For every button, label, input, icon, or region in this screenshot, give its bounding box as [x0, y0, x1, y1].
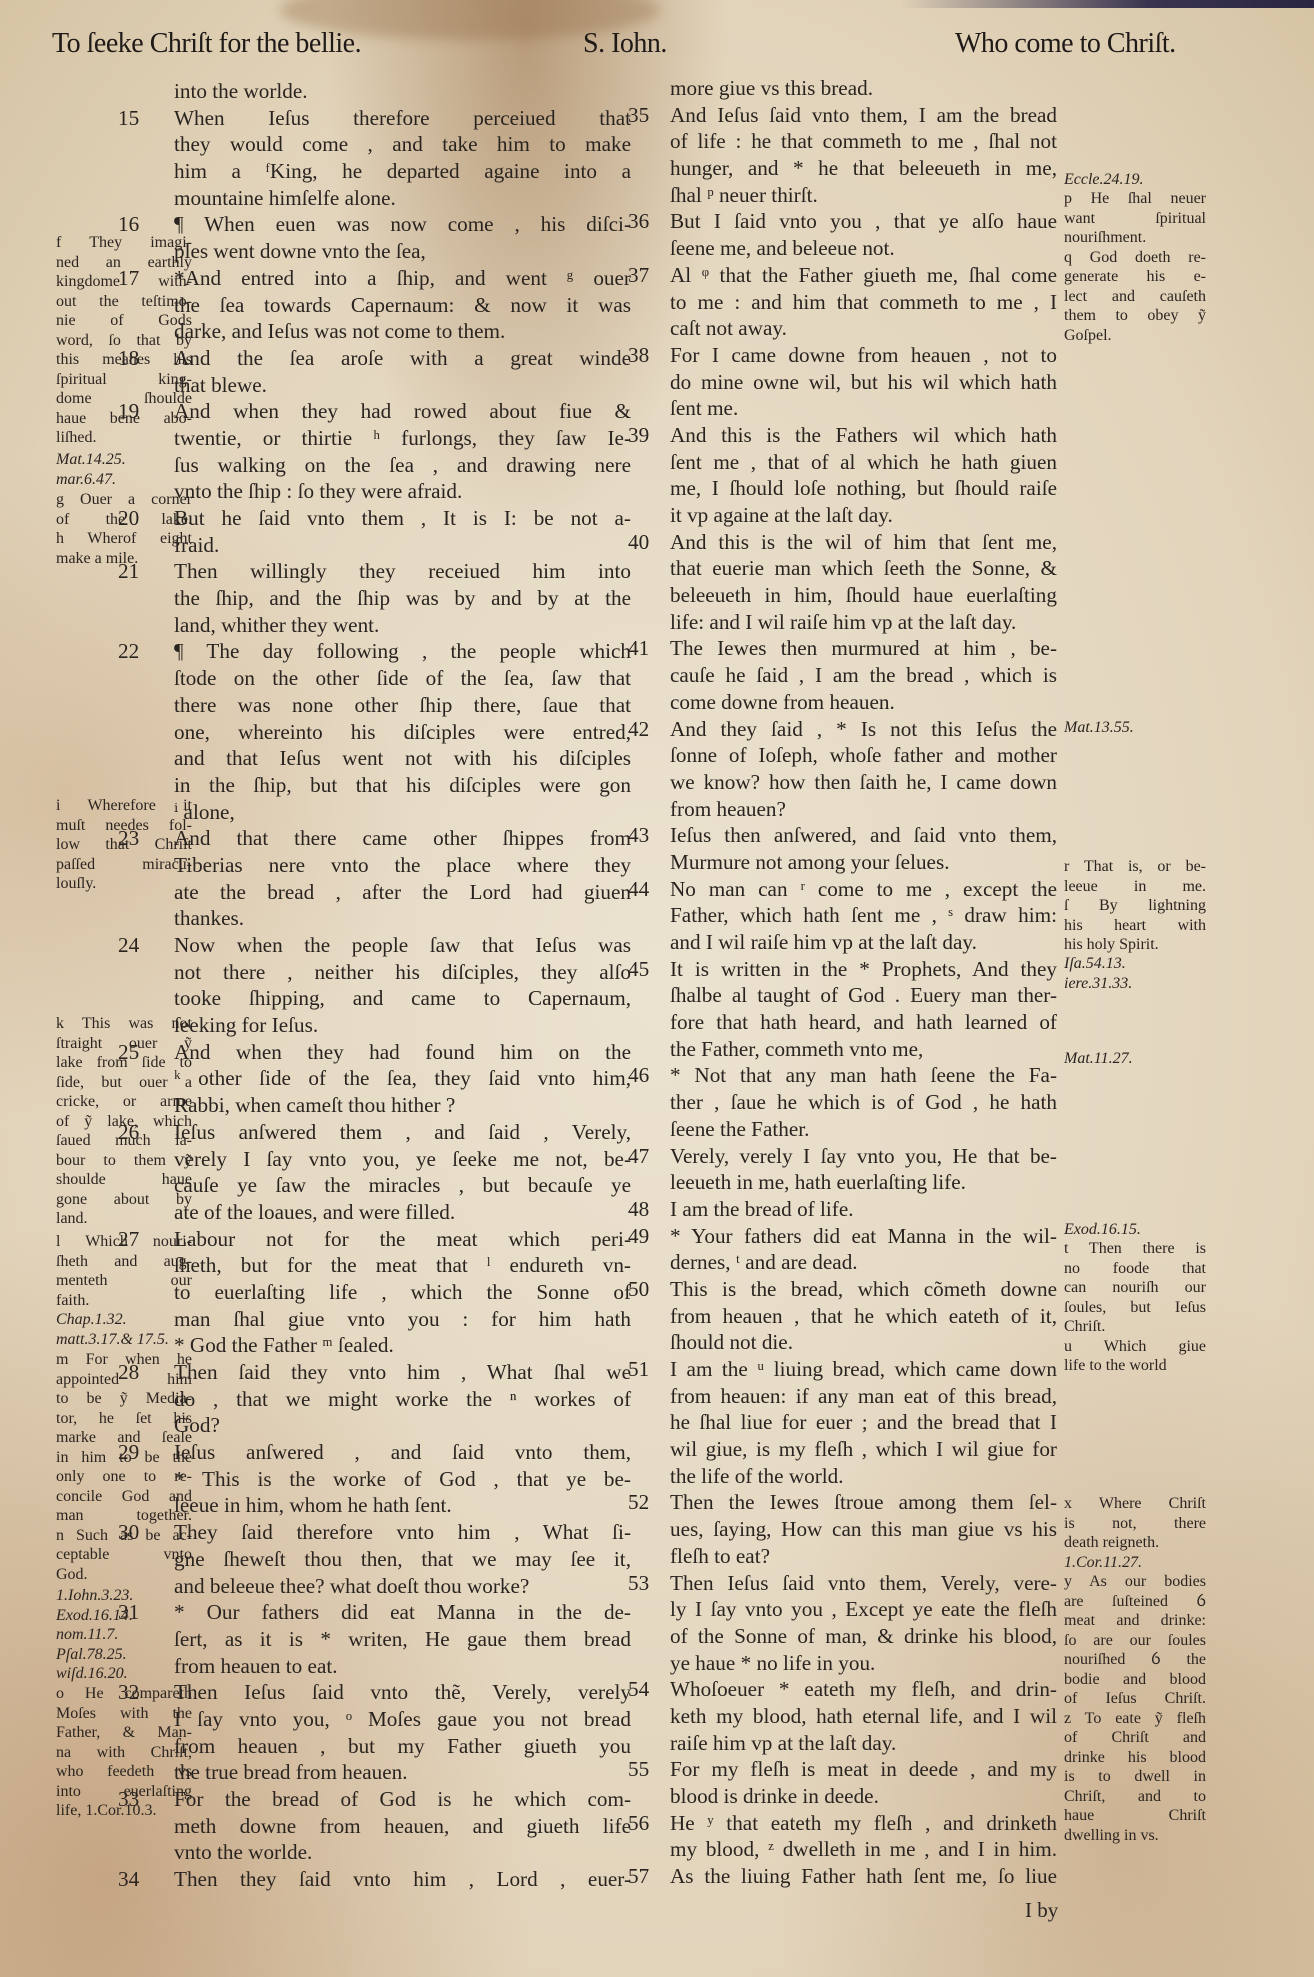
- margin-note-line: to be ỹ Media-: [56, 1389, 192, 1409]
- margin-note-line: cricke, or arme: [56, 1092, 192, 1112]
- verse-text: I am the ᵘ liuing bread, which came down: [652, 1356, 1057, 1383]
- verse-number: 53: [628, 1570, 658, 1597]
- verse-text: *And entred into a ſhip, and went ᵍ ouer: [156, 265, 631, 292]
- margin-note-line: dome ſhoulde: [56, 389, 192, 409]
- margin-note-line: ſo are our ſoules: [1064, 1631, 1206, 1651]
- verse-text: ſeene me, and beleeue not.: [652, 235, 1057, 262]
- verse-number: 41: [628, 635, 658, 662]
- verse-text: the life of the world.: [652, 1463, 1057, 1490]
- verse-text: ther , ſaue he which is of God , he hath: [652, 1089, 1057, 1116]
- verse-text: * This is the worke of God , that ye be-: [156, 1466, 631, 1493]
- text-line: blood is drinke in deede.: [652, 1783, 1057, 1810]
- text-line: ate the bread , after the Lord had giuen: [156, 879, 631, 906]
- verse-number: 45: [628, 956, 658, 983]
- verse-start-line: 37Al ᵠ that the Father giueth me, ſhal c…: [652, 262, 1057, 289]
- header-left-title: To ſeeke Chriſt for the bellie.: [52, 28, 361, 60]
- margin-note-line: ſ By lightning: [1064, 896, 1206, 916]
- verse-text: from heauen , but my Father giueth you: [156, 1733, 631, 1760]
- text-line: ther , ſaue he which is of God , he hath: [652, 1089, 1057, 1116]
- margin-note-line: Father, & Man-: [56, 1723, 192, 1743]
- verse-text: we know? how then ſaith he, I came down: [652, 769, 1057, 796]
- verse-start-line: 27Labour not for the meat which peri-: [156, 1226, 631, 1253]
- text-line: my blood, ᶻ dwelleth in me , and I in hi…: [652, 1836, 1057, 1863]
- margin-note-line: ned an earthly: [56, 253, 192, 273]
- margin-note-line: Pſal.78.25.: [56, 1645, 192, 1665]
- left-text-column: into the worlde.15When Ieſus therefore p…: [156, 78, 631, 1893]
- text-line: God?: [156, 1412, 631, 1439]
- margin-note-line: them to obey ỹ: [1064, 306, 1206, 326]
- text-line: wil giue, is my fleſh , which I wil giue…: [652, 1436, 1057, 1463]
- cross-reference: Chap.1.32.matt.3.17.& 17.5.: [56, 1310, 192, 1349]
- verse-text: Ieſus anſwered them , and ſaid , Verely,: [156, 1119, 631, 1146]
- text-line: from heauen , but my Father giueth you: [156, 1733, 631, 1760]
- verse-start-line: 48I am the bread of life.: [652, 1196, 1057, 1223]
- verse-text: the true bread from heauen.: [156, 1759, 631, 1786]
- verse-text: And Ieſus ſaid vnto them, I am the bread: [652, 102, 1057, 129]
- verse-text: the ſea towards Capernaum: & now it was: [156, 292, 631, 319]
- verse-text: one, whereinto his diſciples were entred…: [156, 719, 631, 746]
- verse-text: No man can ʳ come to me , except the: [652, 876, 1057, 903]
- margin-note-line: x Where Chriſt: [1064, 1494, 1206, 1514]
- text-line: in the ſhip, but that his diſciples were…: [156, 772, 631, 799]
- margin-note-line: Chriſt.: [1064, 1317, 1206, 1337]
- margin-note-line: marke and ſeale: [56, 1428, 192, 1448]
- verse-start-line: 34Then they ſaid vnto him , Lord , euer-: [156, 1866, 631, 1893]
- margin-note-line: Chriſt, and to: [1064, 1787, 1206, 1807]
- verse-start-line: 46* Not that any man hath ſeene the Fa-: [652, 1062, 1057, 1089]
- margin-note-line: his heart with: [1064, 916, 1206, 936]
- text-line: come downe from heauen.: [652, 689, 1057, 716]
- text-line: ſtode on the other ſide of the ſea, ſaw …: [156, 665, 631, 692]
- verse-text: caſt not away.: [652, 315, 1057, 342]
- text-line: one, whereinto his diſciples were entred…: [156, 719, 631, 746]
- text-line: ſeene the Father.: [652, 1116, 1057, 1143]
- margin-note-line: k This was not: [56, 1014, 192, 1034]
- margin-note-line: Mat.14.25.: [56, 450, 192, 470]
- verse-text: ate of the loaues, and were filled.: [156, 1199, 631, 1226]
- verse-text: he ſhal liue for euer ; and the bread th…: [652, 1409, 1057, 1436]
- verse-text: God?: [156, 1412, 631, 1439]
- verse-number: 36: [628, 208, 658, 235]
- text-line: tooke ſhipping, and came to Capernaum,: [156, 985, 631, 1012]
- margin-note-line: leeue in me.: [1064, 877, 1206, 897]
- margin-note-line: Mat.11.27.: [1064, 1049, 1206, 1069]
- verse-text: ſeeking for Ieſus.: [156, 1012, 631, 1039]
- margin-note-line: mar.6.47.: [56, 470, 192, 490]
- verse-text: ſtode on the other ſide of the ſea, ſaw …: [156, 665, 631, 692]
- verse-text: fore that hath heard, and hath learned o…: [652, 1009, 1057, 1036]
- verse-text: in the ſhip, but that his diſciples were…: [156, 772, 631, 799]
- text-line: him a ᶠKing, he departed againe into a: [156, 158, 631, 185]
- margin-note-line: want ſpiritual: [1064, 209, 1206, 229]
- margin-note: k This was notſtraight ouer ỹlake from ſ…: [56, 1014, 192, 1229]
- verse-number: 40: [628, 529, 658, 556]
- margin-note-line: meat and drinke:: [1064, 1611, 1206, 1631]
- verse-start-line: 45It is written in the * Prophets, And t…: [652, 956, 1057, 983]
- verse-text: Father, which hath ſent me , ˢ draw him:: [652, 902, 1057, 929]
- text-line: more giue vs this bread.: [652, 75, 1057, 102]
- text-line: * God the Father ᵐ ſealed.: [156, 1332, 631, 1359]
- verse-text: leeueth in me, hath euerlaſting life.: [652, 1169, 1057, 1196]
- verse-number: 51: [628, 1356, 658, 1383]
- margin-note-line: land.: [56, 1209, 192, 1229]
- verse-number: 57: [628, 1863, 658, 1890]
- margin-note-line: life, 1.Cor.10.3.: [56, 1801, 192, 1821]
- verse-number: 24: [118, 932, 148, 959]
- verse-text: my blood, ᶻ dwelleth in me , and I in hi…: [652, 1836, 1057, 1863]
- verse-text: Ieſus then anſwered, and ſaid vnto them,: [652, 822, 1057, 849]
- margin-note-line: t Then there is: [1064, 1239, 1206, 1259]
- verse-start-line: 40And this is the wil of him that ſent m…: [652, 529, 1057, 556]
- margin-note-line: out the teſtimo-: [56, 292, 192, 312]
- margin-note-line: death reigneth.: [1064, 1533, 1206, 1553]
- verse-text: Then ſaid they vnto him , What ſhal we: [156, 1359, 631, 1386]
- verse-text: life: and I wil raiſe him vp at the laſt…: [652, 609, 1057, 636]
- text-line: there was none other ſhip there, ſaue th…: [156, 692, 631, 719]
- verse-text: that blewe.: [156, 372, 631, 399]
- text-line: of life : he that commeth to me , ſhal n…: [652, 128, 1057, 155]
- margin-note-line: g Ouer a corner: [56, 490, 192, 510]
- text-line: not there , neither his diſciples, they …: [156, 959, 631, 986]
- verse-text: For the bread of God is he which com-: [156, 1786, 631, 1813]
- verse-text: The Iewes then murmured at him , be-: [652, 635, 1057, 662]
- verse-text: ſert, as it is * writen, He gaue them br…: [156, 1626, 631, 1653]
- margin-note-line: haue Chriſt: [1064, 1806, 1206, 1826]
- verse-text: And this is the wil of him that ſent me,: [652, 529, 1057, 556]
- text-line: me, I ſhould loſe nothing, but ſhould ra…: [652, 475, 1057, 502]
- margin-note-line: y As our bodies: [1064, 1572, 1206, 1592]
- verse-number: 38: [628, 342, 658, 369]
- verse-start-line: 39And this is the Fathers wil which hath: [652, 422, 1057, 449]
- margin-note-line: o He compareth: [56, 1684, 192, 1704]
- text-line: Rabbi, when cameſt thou hither ?: [156, 1092, 631, 1119]
- margin-note-line: na with Chriſt,: [56, 1743, 192, 1763]
- text-line: ſent me , that of al which he hath giuen: [652, 449, 1057, 476]
- verse-text: from heauen: if any man eat of this brea…: [652, 1383, 1057, 1410]
- text-line: the Father, commeth vnto me,: [652, 1036, 1057, 1063]
- page-edge: [900, 0, 1314, 8]
- verse-text: ſhould not die.: [652, 1329, 1057, 1356]
- verse-text: keth my blood, hath eternal life, and I …: [652, 1703, 1057, 1730]
- margin-note-line: i Wherefore it: [56, 796, 192, 816]
- margin-note-line: ſheth and aug-: [56, 1252, 192, 1272]
- text-line: that blewe.: [156, 372, 631, 399]
- text-line: ſheth, but for the meat that ˡ endureth …: [156, 1252, 631, 1279]
- verse-number: 56: [628, 1810, 658, 1837]
- margin-note-line: l Which nouri-: [56, 1232, 192, 1252]
- margin-note-line: z To eate ỹ fleſh: [1064, 1709, 1206, 1729]
- verse-text: meth downe from heauen, and giueth life: [156, 1813, 631, 1840]
- right-text-column: more giue vs this bread.35And Ieſus ſaid…: [652, 75, 1057, 1890]
- text-line: beleeueth in him, ſhould haue euerlaſtin…: [652, 582, 1057, 609]
- text-line: ſhalbe al taught of God . Euery man ther…: [652, 982, 1057, 1009]
- cross-reference: Eccle.24.19.: [1064, 170, 1206, 190]
- verse-text: Verely, verely I ſay vnto you, He that b…: [652, 1143, 1057, 1170]
- text-line: vnto the ſhip : ſo they were afraid.: [156, 478, 631, 505]
- verse-start-line: 21Then willingly they receiued him into: [156, 558, 631, 585]
- verse-text: ¶ The day following , the people which: [156, 638, 631, 665]
- text-line: man ſhal giue vnto you : for him hath: [156, 1306, 631, 1333]
- verse-number: 54: [628, 1676, 658, 1703]
- verse-number: 48: [628, 1196, 658, 1223]
- verse-text: But I ſaid vnto you , that ye alſo haue: [652, 208, 1057, 235]
- margin-note-line: concile God and: [56, 1487, 192, 1507]
- text-line: cauſe ye ſaw the miracles , but becauſe …: [156, 1172, 631, 1199]
- text-line: I ſay vnto you, ᵒ Moſes gaue you not bre…: [156, 1706, 631, 1733]
- margin-note-line: ſoules, but Ieſus: [1064, 1298, 1206, 1318]
- verse-text: ſonne of Ioſeph, whoſe father and mother: [652, 742, 1057, 769]
- margin-note-line: nom.11.7.: [56, 1625, 192, 1645]
- verse-number: 39: [628, 422, 658, 449]
- text-line: ſent me.: [652, 395, 1057, 422]
- verse-start-line: 44No man can ʳ come to me , except the: [652, 876, 1057, 903]
- text-line: and I wil raiſe him vp at the laſt day.: [652, 929, 1057, 956]
- margin-note-line: Exod.16.15.: [1064, 1220, 1206, 1240]
- verse-start-line: 42And they ſaid , * Is not this Ieſus th…: [652, 716, 1057, 743]
- margin-note-line: Eccle.24.19.: [1064, 170, 1206, 190]
- margin-note-line: of Ieſus Chriſt.: [1064, 1689, 1206, 1709]
- verse-text: land, whither they went.: [156, 612, 631, 639]
- margin-note-line: into euerlaſting: [56, 1782, 192, 1802]
- margin-note-line: Exod.16.14.: [56, 1606, 192, 1626]
- verse-text: ¶ When euen was now come , his diſci-: [156, 211, 631, 238]
- margin-note-line: who feedeth vs: [56, 1762, 192, 1782]
- verse-text: Then willingly they receiued him into: [156, 558, 631, 585]
- verse-text: come downe from heauen.: [652, 689, 1057, 716]
- margin-note: o He comparethMoſes with theFather, & Ma…: [56, 1684, 192, 1821]
- verse-text: of the Sonne of man, & drinke his blood,: [652, 1623, 1057, 1650]
- verse-text: of life : he that commeth to me , ſhal n…: [652, 128, 1057, 155]
- verse-start-line: 51I am the ᵘ liuing bread, which came do…: [652, 1356, 1057, 1383]
- text-line: ſert, as it is * writen, He gaue them br…: [156, 1626, 631, 1653]
- text-line: hunger, and * he that beleeueth in me,: [652, 155, 1057, 182]
- text-line: ly I ſay vnto you , Except ye eate the f…: [652, 1596, 1057, 1623]
- text-line: ples went downe vnto the ſea,: [156, 238, 631, 265]
- verse-start-line: 19And when they had rowed about fiue &: [156, 398, 631, 425]
- margin-note-line: bour to them ỹ: [56, 1151, 192, 1171]
- verse-number: 44: [628, 876, 658, 903]
- verse-text: Labour not for the meat which peri-: [156, 1226, 631, 1253]
- margin-note-line: ſaued much la-: [56, 1131, 192, 1151]
- text-line: gne ſheweſt thou then, that we may ſee i…: [156, 1546, 631, 1573]
- verse-text: the Father, commeth vnto me,: [652, 1036, 1057, 1063]
- text-line: the true bread from heauen.: [156, 1759, 631, 1786]
- verse-start-line: 18And the ſea aroſe with a great winde: [156, 345, 631, 372]
- margin-note-line: 1.Iohn.3.23.: [56, 1586, 192, 1606]
- verse-text: ᵏ other ſide of the ſea, they ſaid vnto …: [156, 1065, 631, 1092]
- verse-text: Then Ieſus ſaid vnto them, Verely, vere-: [652, 1570, 1057, 1597]
- verse-start-line: 29Ieſus anſwered , and ſaid vnto them,: [156, 1439, 631, 1466]
- verse-start-line: 53Then Ieſus ſaid vnto them, Verely, ver…: [652, 1570, 1057, 1597]
- margin-note-line: Iſa.54.13.: [1064, 954, 1206, 974]
- text-line: from heauen: if any man eat of this brea…: [652, 1383, 1057, 1410]
- verse-number: 34: [118, 1866, 148, 1893]
- verse-text: it vp againe at the laſt day.: [652, 502, 1057, 529]
- verse-text: ſent me.: [652, 395, 1057, 422]
- verse-start-line: 20But he ſaid vnto them , It is I: be no…: [156, 505, 631, 532]
- verse-number: 47: [628, 1143, 658, 1170]
- text-line: ſeeking for Ieſus.: [156, 1012, 631, 1039]
- verse-text: ſhal ᵖ neuer thirſt.: [652, 182, 1057, 209]
- verse-text: that euerie man which ſeeth the Sonne, &: [652, 555, 1057, 582]
- verse-text: leeue in him, whom he hath ſent.: [156, 1492, 631, 1519]
- margin-note-line: of the lake.: [56, 510, 192, 530]
- margin-note-line: lect and cauſeth: [1064, 287, 1206, 307]
- text-line: ues, ſaying, How can this man giue vs hi…: [652, 1516, 1057, 1543]
- margin-note-line: this meanes his: [56, 350, 192, 370]
- verse-text: Now when the people ſaw that Ieſus was: [156, 932, 631, 959]
- verse-text: vnto the worlde.: [156, 1839, 631, 1866]
- verse-text: And they ſaid , * Is not this Ieſus the: [652, 716, 1057, 743]
- verse-text: mountaine himſelfe alone.: [156, 185, 631, 212]
- margin-note-line: no foode that: [1064, 1259, 1206, 1279]
- margin-note-line: God.: [56, 1565, 192, 1585]
- margin-note-line: nouriſhment.: [1064, 228, 1206, 248]
- margin-note-line: gone about by: [56, 1190, 192, 1210]
- verse-text: me, I ſhould loſe nothing, but ſhould ra…: [652, 475, 1057, 502]
- verse-text: they would come , and take him to make: [156, 131, 631, 158]
- verse-number: 43: [628, 822, 658, 849]
- margin-note-line: life to the world: [1064, 1356, 1206, 1376]
- margin-note-line: f They imagi-: [56, 233, 192, 253]
- verse-start-line: 35And Ieſus ſaid vnto them, I am the bre…: [652, 102, 1057, 129]
- verse-text: But he ſaid vnto them , It is I: be not …: [156, 505, 631, 532]
- text-line: Father, which hath ſent me , ˢ draw him:: [652, 902, 1057, 929]
- verse-text: For my fleſh is meat in deede , and my: [652, 1756, 1057, 1783]
- verse-number: 52: [628, 1489, 658, 1516]
- margin-note-line: dwelling in vs.: [1064, 1826, 1206, 1846]
- verse-text: twentie, or thirtie ʰ furlongs, they ſaw…: [156, 425, 631, 452]
- verse-number: 15: [118, 105, 148, 132]
- margin-note-line: m For when he: [56, 1350, 192, 1370]
- verse-start-line: 25And when they had found him on the: [156, 1039, 631, 1066]
- text-line: raiſe him vp at the laſt day.: [652, 1730, 1057, 1757]
- verse-text: do , that we might worke the ⁿ workes of: [156, 1386, 631, 1413]
- verse-text: cauſe ye ſaw the miracles , but becauſe …: [156, 1172, 631, 1199]
- verse-text: ly I ſay vnto you , Except ye eate the f…: [652, 1596, 1057, 1623]
- verse-start-line: 16¶ When euen was now come , his diſci-: [156, 211, 631, 238]
- margin-note-line: is to dwell in: [1064, 1767, 1206, 1787]
- text-line: ate of the loaues, and were filled.: [156, 1199, 631, 1226]
- verse-text: And when they had rowed about fiue &: [156, 398, 631, 425]
- margin-note-line: muſt needes fol-: [56, 816, 192, 836]
- verse-start-line: 26Ieſus anſwered them , and ſaid , Verel…: [156, 1119, 631, 1146]
- verse-start-line: 33For the bread of God is he which com-: [156, 1786, 631, 1813]
- verse-number: 35: [628, 102, 658, 129]
- verse-start-line: 54Whoſoeuer * eateth my fleſh, and drin-: [652, 1676, 1057, 1703]
- verse-text: man ſhal giue vnto you : for him hath: [156, 1306, 631, 1333]
- text-line: twentie, or thirtie ʰ furlongs, they ſaw…: [156, 425, 631, 452]
- margin-note-line: generate his e-: [1064, 267, 1206, 287]
- verse-text: fleſh to eat?: [652, 1543, 1057, 1570]
- margin-note-line: Chap.1.32.: [56, 1310, 192, 1330]
- verse-text: * Our fathers did eat Manna in the de-: [156, 1599, 631, 1626]
- verse-text: ſhalbe al taught of God . Euery man ther…: [652, 982, 1057, 1009]
- header-book-title: S. Iohn.: [583, 28, 667, 60]
- text-line: into the worlde.: [156, 78, 631, 105]
- verse-text: not there , neither his diſciples, they …: [156, 959, 631, 986]
- verse-text: beleeueth in him, ſhould haue euerlaſtin…: [652, 582, 1057, 609]
- verse-number: 22: [118, 638, 148, 665]
- verse-number: 37: [628, 262, 658, 289]
- margin-note-line: tor, he ſet his: [56, 1409, 192, 1429]
- verse-text: to me : and him that commeth to me , I: [652, 289, 1057, 316]
- text-line: ⁱ alone,: [156, 799, 631, 826]
- verse-text: And this is the Fathers wil which hath: [652, 422, 1057, 449]
- margin-note-line: ſide, but ouer a: [56, 1073, 192, 1093]
- margin-note-line: h Wherof eight: [56, 529, 192, 549]
- verse-start-line: 57As the liuing Father hath ſent me, ſo …: [652, 1863, 1057, 1890]
- verse-text: ſheth, but for the meat that ˡ endureth …: [156, 1252, 631, 1279]
- verse-text: raiſe him vp at the laſt day.: [652, 1730, 1057, 1757]
- verse-start-line: 43Ieſus then anſwered, and ſaid vnto the…: [652, 822, 1057, 849]
- verse-text: * Not that any man hath ſeene the Fa-: [652, 1062, 1057, 1089]
- verse-text: This is the bread, which cõmeth downe: [652, 1276, 1057, 1303]
- margin-note: y As our bodiesare ſuſteined ỽmeat and d…: [1064, 1572, 1206, 1845]
- margin-note-line: nie of Gods: [56, 311, 192, 331]
- text-line: leeue in him, whom he hath ſent.: [156, 1492, 631, 1519]
- text-line: land, whither they went.: [156, 612, 631, 639]
- margin-note-line: bodie and blood: [1064, 1670, 1206, 1690]
- verse-text: ſus walking on the ſea , and drawing ner…: [156, 452, 631, 479]
- verse-text: do mine owne wil, but his wil which hath: [652, 369, 1057, 396]
- text-line: cauſe he ſaid , I am the bread , which i…: [652, 662, 1057, 689]
- text-line: we know? how then ſaith he, I came down: [652, 769, 1057, 796]
- text-line: * This is the worke of God , that ye be-: [156, 1466, 631, 1493]
- margin-note-line: Goſpel.: [1064, 326, 1206, 346]
- verse-start-line: 49* Your fathers did eat Manna in the wi…: [652, 1223, 1057, 1250]
- verse-text: I am the bread of life.: [652, 1196, 1057, 1223]
- text-line: of the Sonne of man, & drinke his blood,: [652, 1623, 1057, 1650]
- margin-note: m For when heappointed himto be ỹ Media-…: [56, 1350, 192, 1584]
- text-line: ſeene me, and beleeue not.: [652, 235, 1057, 262]
- text-line: verely I ſay vnto you, ye ſeeke me not, …: [156, 1146, 631, 1173]
- margin-note-line: louſly.: [56, 874, 192, 894]
- margin-note-line: q God doeth re-: [1064, 248, 1206, 268]
- text-line: meth downe from heauen, and giueth life: [156, 1813, 631, 1840]
- text-line: ſus walking on the ſea , and drawing ner…: [156, 452, 631, 479]
- verse-number: 50: [628, 1276, 658, 1303]
- verse-start-line: 47Verely, verely I ſay vnto you, He that…: [652, 1143, 1057, 1170]
- text-line: fore that hath heard, and hath learned o…: [652, 1009, 1057, 1036]
- margin-note: x Where Chriſtis not, theredeath reignet…: [1064, 1494, 1206, 1553]
- verse-text: Al ᵠ that the Father giueth me, ſhal com…: [652, 262, 1057, 289]
- margin-note-line: man together.: [56, 1506, 192, 1526]
- text-line: it vp againe at the laſt day.: [652, 502, 1057, 529]
- margin-note-line: r That is, or be-: [1064, 857, 1206, 877]
- verse-start-line: 41The Iewes then murmured at him , be-: [652, 635, 1057, 662]
- margin-note: i Wherefore itmuſt needes fol-low that C…: [56, 796, 192, 894]
- margin-note-line: liſhed.: [56, 428, 192, 448]
- margin-note-line: iere.31.33.: [1064, 974, 1206, 994]
- cross-reference: Mat.13.55.: [1064, 718, 1206, 738]
- margin-note-line: Moſes with the: [56, 1704, 192, 1724]
- verse-start-line: 17*And entred into a ſhip, and went ᵍ ou…: [156, 265, 631, 292]
- text-line: vnto the worlde.: [156, 1839, 631, 1866]
- verse-text: ues, ſaying, How can this man giue vs hi…: [652, 1516, 1057, 1543]
- verse-text: Rabbi, when cameſt thou hither ?: [156, 1092, 631, 1119]
- text-line: dernes, ᵗ and are dead.: [652, 1249, 1057, 1276]
- verse-start-line: 30They ſaid therefore vnto him , What ſi…: [156, 1519, 631, 1546]
- margin-note-line: make a mile.: [56, 549, 192, 569]
- verse-text: into the worlde.: [156, 78, 631, 105]
- header-right-title: Who come to Chriſt.: [955, 28, 1176, 60]
- verse-text: * Your fathers did eat Manna in the wil-: [652, 1223, 1057, 1250]
- margin-note-line: can nouriſh our: [1064, 1278, 1206, 1298]
- verse-text: Whoſoeuer * eateth my fleſh, and drin-: [652, 1676, 1057, 1703]
- verse-text: And that there came other ſhippes from: [156, 825, 631, 852]
- verse-text: Then the Iewes ſtroue among them ſel-: [652, 1489, 1057, 1516]
